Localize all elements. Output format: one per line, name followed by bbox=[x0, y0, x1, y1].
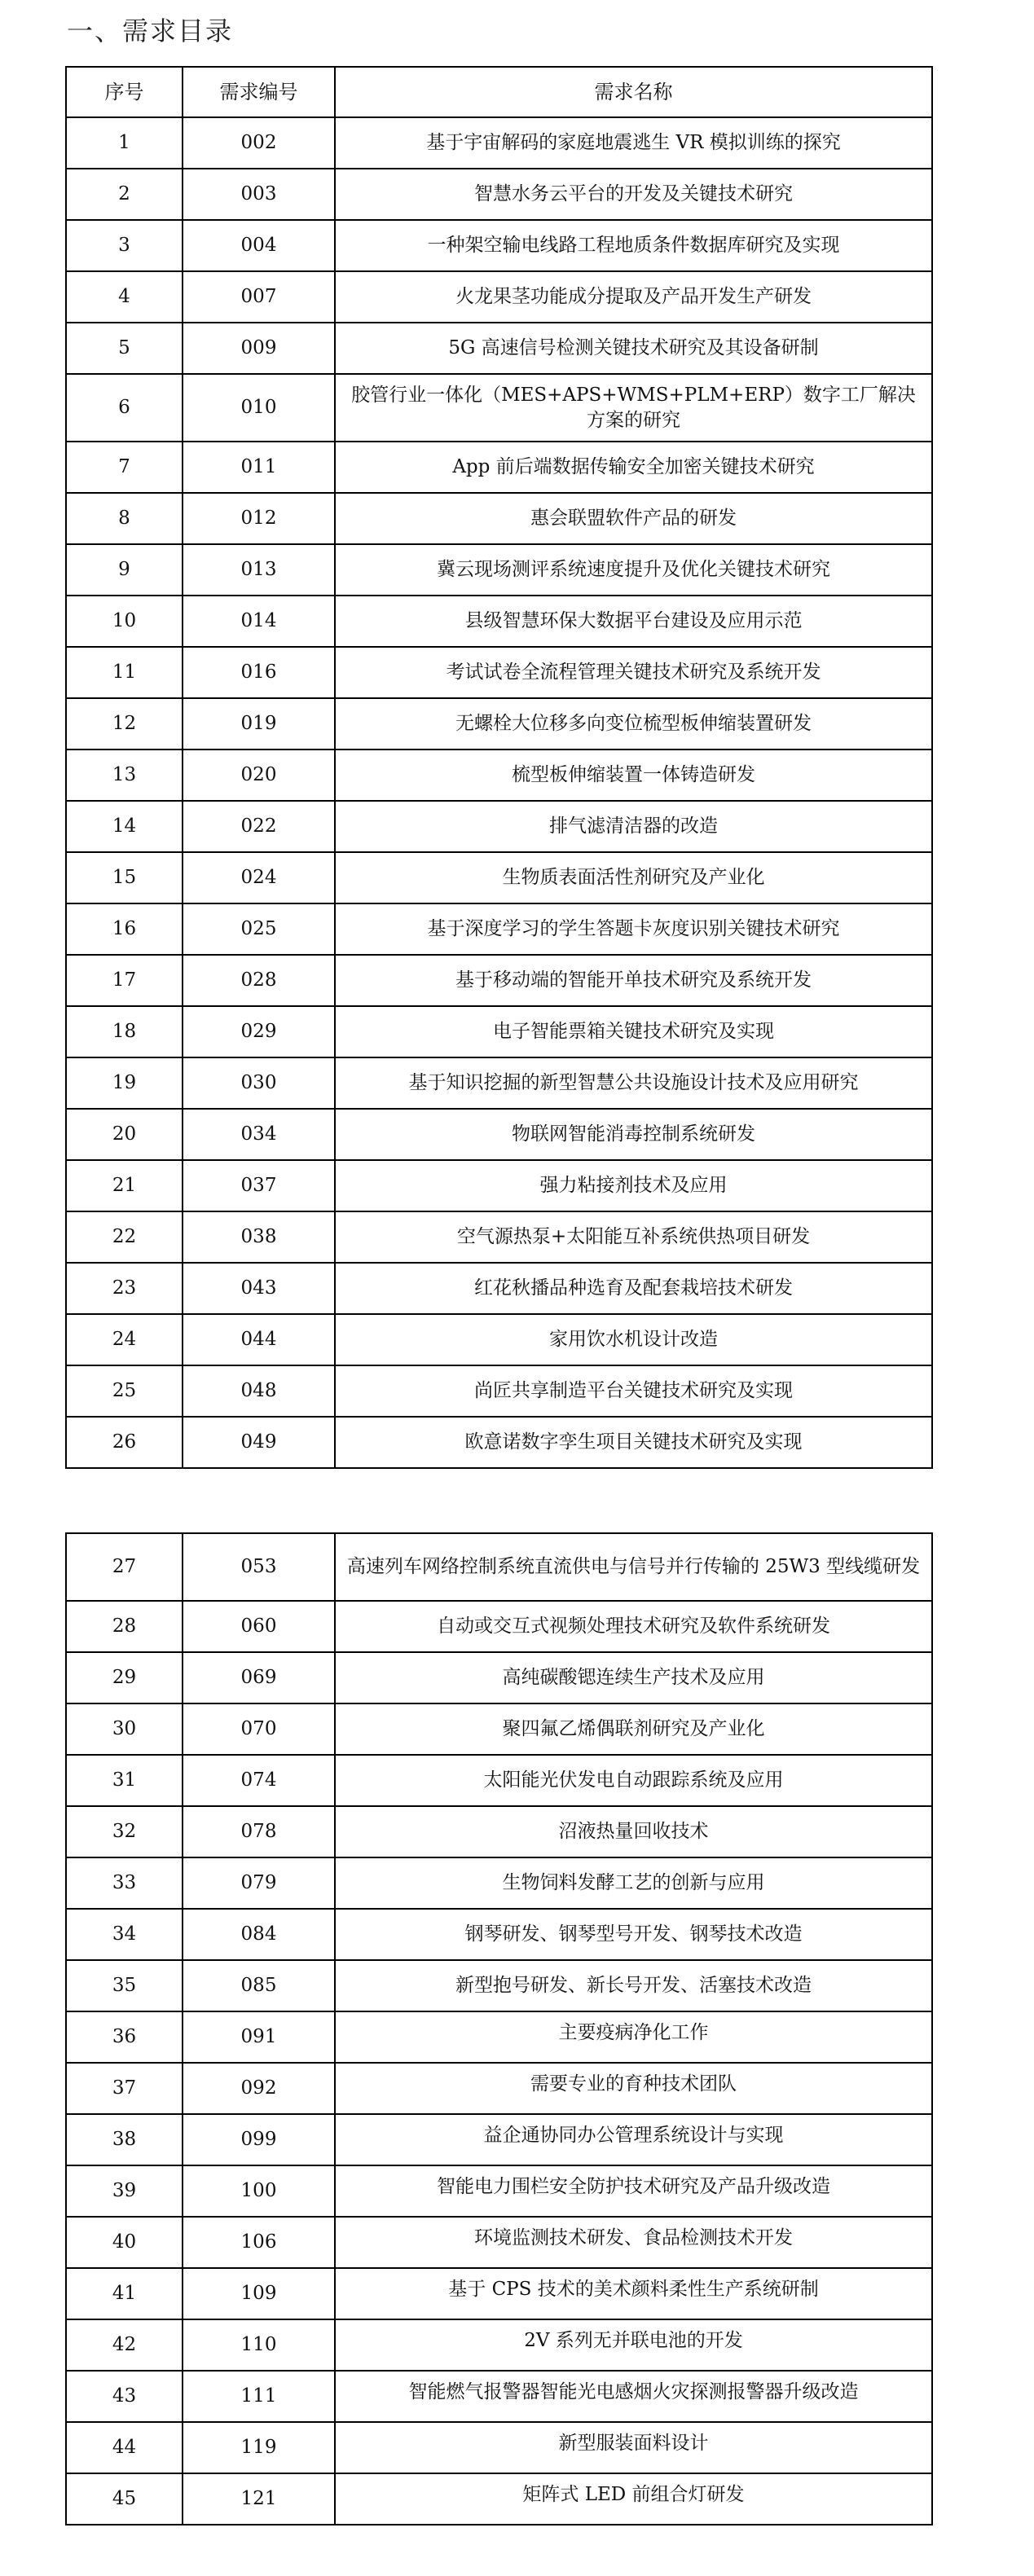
cell-seq: 19 bbox=[66, 1057, 183, 1109]
cell-name: 智能电力围栏安全防护技术研究及产品升级改造 bbox=[335, 2165, 932, 2217]
cell-code: 084 bbox=[183, 1909, 335, 1960]
cell-name: 生物饲料发酵工艺的创新与应用 bbox=[335, 1857, 932, 1909]
table-row: 3004一种架空输电线路工程地质条件数据库研究及实现 bbox=[66, 220, 932, 271]
cell-seq: 16 bbox=[66, 903, 183, 955]
cell-code: 074 bbox=[183, 1755, 335, 1806]
cell-name: 一种架空输电线路工程地质条件数据库研究及实现 bbox=[335, 220, 932, 271]
cell-code: 109 bbox=[183, 2268, 335, 2319]
cell-name: 欧意诺数字孪生项目关键技术研究及实现 bbox=[335, 1417, 932, 1468]
table-row: 40106环境监测技术研发、食品检测技术开发 bbox=[66, 2217, 932, 2268]
cell-seq: 10 bbox=[66, 596, 183, 647]
cell-seq: 30 bbox=[66, 1703, 183, 1755]
cell-name: 新型服装面料设计 bbox=[335, 2422, 932, 2473]
cell-name: 需要专业的育种技术团队 bbox=[335, 2063, 932, 2114]
table-row: 29069高纯碳酸锶连续生产技术及应用 bbox=[66, 1652, 932, 1703]
cell-seq: 35 bbox=[66, 1960, 183, 2011]
cell-code: 025 bbox=[183, 903, 335, 955]
cell-code: 091 bbox=[183, 2011, 335, 2063]
cell-code: 030 bbox=[183, 1057, 335, 1109]
table-row: 7011App 前后端数据传输安全加密关键技术研究 bbox=[66, 442, 932, 493]
cell-seq: 25 bbox=[66, 1365, 183, 1417]
cell-code: 019 bbox=[183, 698, 335, 750]
table-row: 33079生物饲料发酵工艺的创新与应用 bbox=[66, 1857, 932, 1909]
table-row: 9013冀云现场测评系统速度提升及优化关键技术研究 bbox=[66, 544, 932, 596]
cell-name: 主要疫病净化工作 bbox=[335, 2011, 932, 2063]
cell-code: 119 bbox=[183, 2422, 335, 2473]
cell-name: 强力粘接剂技术及应用 bbox=[335, 1160, 932, 1211]
table-row: 10014县级智慧环保大数据平台建设及应用示范 bbox=[66, 596, 932, 647]
cell-seq: 8 bbox=[66, 493, 183, 544]
cell-seq: 5 bbox=[66, 323, 183, 374]
cell-seq: 7 bbox=[66, 442, 183, 493]
cell-seq: 15 bbox=[66, 852, 183, 903]
cell-code: 028 bbox=[183, 955, 335, 1006]
cell-code: 003 bbox=[183, 169, 335, 220]
table-row: 36091主要疫病净化工作 bbox=[66, 2011, 932, 2063]
table-row: 18029电子智能票箱关键技术研究及实现 bbox=[66, 1006, 932, 1057]
cell-name: 基于移动端的智能开单技术研究及系统开发 bbox=[335, 955, 932, 1006]
cell-name: 智能燃气报警器智能光电感烟火灾探测报警器升级改造 bbox=[335, 2371, 932, 2422]
cell-seq: 6 bbox=[66, 374, 183, 442]
cell-name: 环境监测技术研发、食品检测技术开发 bbox=[335, 2217, 932, 2268]
table-row: 20034物联网智能消毒控制系统研发 bbox=[66, 1109, 932, 1160]
cell-seq: 26 bbox=[66, 1417, 183, 1468]
cell-seq: 38 bbox=[66, 2114, 183, 2165]
cell-code: 111 bbox=[183, 2371, 335, 2422]
cell-seq: 43 bbox=[66, 2371, 183, 2422]
header-code: 需求编号 bbox=[183, 67, 335, 117]
cell-seq: 27 bbox=[66, 1533, 183, 1601]
cell-seq: 44 bbox=[66, 2422, 183, 2473]
cell-code: 038 bbox=[183, 1211, 335, 1263]
cell-name: 空气源热泵+太阳能互补系统供热项目研发 bbox=[335, 1211, 932, 1263]
cell-seq: 45 bbox=[66, 2473, 183, 2525]
cell-code: 034 bbox=[183, 1109, 335, 1160]
table-row: 2003智慧水务云平台的开发及关键技术研究 bbox=[66, 169, 932, 220]
cell-name: 自动或交互式视频处理技术研究及软件系统研发 bbox=[335, 1601, 932, 1652]
cell-seq: 12 bbox=[66, 698, 183, 750]
cell-name: 县级智慧环保大数据平台建设及应用示范 bbox=[335, 596, 932, 647]
cell-seq: 28 bbox=[66, 1601, 183, 1652]
cell-seq: 20 bbox=[66, 1109, 183, 1160]
cell-seq: 40 bbox=[66, 2217, 183, 2268]
section-title: 一、需求目录 bbox=[67, 11, 233, 51]
cell-code: 092 bbox=[183, 2063, 335, 2114]
table-row: 13020梳型板伸缩装置一体铸造研发 bbox=[66, 750, 932, 801]
table-row: 39100智能电力围栏安全防护技术研究及产品升级改造 bbox=[66, 2165, 932, 2217]
cell-name: 聚四氟乙烯偶联剂研究及产业化 bbox=[335, 1703, 932, 1755]
cell-name: 高纯碳酸锶连续生产技术及应用 bbox=[335, 1652, 932, 1703]
cell-code: 010 bbox=[183, 374, 335, 442]
cell-code: 004 bbox=[183, 220, 335, 271]
cell-name: 基于知识挖掘的新型智慧公共设施设计技术及应用研究 bbox=[335, 1057, 932, 1109]
table-row: 37092需要专业的育种技术团队 bbox=[66, 2063, 932, 2114]
table-row: 45121矩阵式 LED 前组合灯研发 bbox=[66, 2473, 932, 2525]
requirements-table-part-2: 27053高速列车网络控制系统直流供电与信号并行传输的 25W3 型线缆研发28… bbox=[65, 1532, 933, 2525]
cell-name: 考试试卷全流程管理关键技术研究及系统开发 bbox=[335, 647, 932, 698]
cell-seq: 1 bbox=[66, 117, 183, 169]
cell-code: 048 bbox=[183, 1365, 335, 1417]
table-row: 35085新型抱号研发、新长号开发、活塞技术改造 bbox=[66, 1960, 932, 2011]
cell-name: 高速列车网络控制系统直流供电与信号并行传输的 25W3 型线缆研发 bbox=[335, 1533, 932, 1601]
cell-code: 009 bbox=[183, 323, 335, 374]
cell-seq: 22 bbox=[66, 1211, 183, 1263]
cell-name: 沼液热量回收技术 bbox=[335, 1806, 932, 1857]
cell-code: 060 bbox=[183, 1601, 335, 1652]
cell-code: 121 bbox=[183, 2473, 335, 2525]
cell-code: 110 bbox=[183, 2319, 335, 2371]
cell-code: 007 bbox=[183, 271, 335, 323]
table-row: 30070聚四氟乙烯偶联剂研究及产业化 bbox=[66, 1703, 932, 1755]
cell-code: 024 bbox=[183, 852, 335, 903]
cell-name: 物联网智能消毒控制系统研发 bbox=[335, 1109, 932, 1160]
cell-code: 029 bbox=[183, 1006, 335, 1057]
cell-seq: 39 bbox=[66, 2165, 183, 2217]
cell-code: 011 bbox=[183, 442, 335, 493]
cell-name: 智慧水务云平台的开发及关键技术研究 bbox=[335, 169, 932, 220]
requirements-table-part-1: 序号 需求编号 需求名称 1002基于宇宙解码的家庭地震逃生 VR 模拟训练的探… bbox=[65, 66, 933, 1469]
table-row: 32078沼液热量回收技术 bbox=[66, 1806, 932, 1857]
cell-name: 火龙果茎功能成分提取及产品开发生产研发 bbox=[335, 271, 932, 323]
table-row: 21037强力粘接剂技术及应用 bbox=[66, 1160, 932, 1211]
cell-seq: 34 bbox=[66, 1909, 183, 1960]
cell-name: 胶管行业一体化（MES+APS+WMS+PLM+ERP）数字工厂解决方案的研究 bbox=[335, 374, 932, 442]
table-body-part-2: 27053高速列车网络控制系统直流供电与信号并行传输的 25W3 型线缆研发28… bbox=[66, 1533, 932, 2525]
cell-seq: 11 bbox=[66, 647, 183, 698]
cell-code: 037 bbox=[183, 1160, 335, 1211]
table-row: 25048尚匠共享制造平台关键技术研究及实现 bbox=[66, 1365, 932, 1417]
cell-seq: 18 bbox=[66, 1006, 183, 1057]
cell-seq: 29 bbox=[66, 1652, 183, 1703]
cell-seq: 4 bbox=[66, 271, 183, 323]
table-header-row: 序号 需求编号 需求名称 bbox=[66, 67, 932, 117]
header-name: 需求名称 bbox=[335, 67, 932, 117]
table-row: 24044家用饮水机设计改造 bbox=[66, 1314, 932, 1365]
cell-seq: 13 bbox=[66, 750, 183, 801]
cell-code: 002 bbox=[183, 117, 335, 169]
cell-seq: 42 bbox=[66, 2319, 183, 2371]
cell-code: 069 bbox=[183, 1652, 335, 1703]
cell-code: 044 bbox=[183, 1314, 335, 1365]
cell-code: 053 bbox=[183, 1533, 335, 1601]
cell-code: 020 bbox=[183, 750, 335, 801]
table-body-part-1: 1002基于宇宙解码的家庭地震逃生 VR 模拟训练的探究2003智慧水务云平台的… bbox=[66, 117, 932, 1468]
table-row: 26049欧意诺数字孪生项目关键技术研究及实现 bbox=[66, 1417, 932, 1468]
cell-code: 043 bbox=[183, 1263, 335, 1314]
cell-name: 新型抱号研发、新长号开发、活塞技术改造 bbox=[335, 1960, 932, 2011]
cell-name: 2V 系列无并联电池的开发 bbox=[335, 2319, 932, 2371]
table-row: 14022排气滤清洁器的改造 bbox=[66, 801, 932, 852]
cell-name: 排气滤清洁器的改造 bbox=[335, 801, 932, 852]
cell-name: 钢琴研发、钢琴型号开发、钢琴技术改造 bbox=[335, 1909, 932, 1960]
cell-seq: 2 bbox=[66, 169, 183, 220]
table-row: 421102V 系列无并联电池的开发 bbox=[66, 2319, 932, 2371]
cell-name: 益企通协同办公管理系统设计与实现 bbox=[335, 2114, 932, 2165]
cell-code: 099 bbox=[183, 2114, 335, 2165]
table-row: 27053高速列车网络控制系统直流供电与信号并行传输的 25W3 型线缆研发 bbox=[66, 1533, 932, 1601]
table-row: 28060自动或交互式视频处理技术研究及软件系统研发 bbox=[66, 1601, 932, 1652]
cell-code: 100 bbox=[183, 2165, 335, 2217]
table-row: 38099益企通协同办公管理系统设计与实现 bbox=[66, 2114, 932, 2165]
cell-code: 078 bbox=[183, 1806, 335, 1857]
cell-code: 049 bbox=[183, 1417, 335, 1468]
cell-seq: 23 bbox=[66, 1263, 183, 1314]
cell-seq: 9 bbox=[66, 544, 183, 596]
cell-seq: 36 bbox=[66, 2011, 183, 2063]
cell-code: 079 bbox=[183, 1857, 335, 1909]
cell-seq: 31 bbox=[66, 1755, 183, 1806]
cell-code: 013 bbox=[183, 544, 335, 596]
cell-name: 基于宇宙解码的家庭地震逃生 VR 模拟训练的探究 bbox=[335, 117, 932, 169]
table-row: 17028基于移动端的智能开单技术研究及系统开发 bbox=[66, 955, 932, 1006]
table-row: 16025基于深度学习的学生答题卡灰度识别关键技术研究 bbox=[66, 903, 932, 955]
table-row: 41109基于 CPS 技术的美术颜料柔性生产系统研制 bbox=[66, 2268, 932, 2319]
cell-seq: 21 bbox=[66, 1160, 183, 1211]
cell-name: 5G 高速信号检测关键技术研究及其设备研制 bbox=[335, 323, 932, 374]
table-row: 15024生物质表面活性剂研究及产业化 bbox=[66, 852, 932, 903]
table-row: 4007火龙果茎功能成分提取及产品开发生产研发 bbox=[66, 271, 932, 323]
cell-name: 惠会联盟软件产品的研发 bbox=[335, 493, 932, 544]
cell-seq: 33 bbox=[66, 1857, 183, 1909]
table-row: 8012惠会联盟软件产品的研发 bbox=[66, 493, 932, 544]
table-row: 23043红花秋播品种选育及配套栽培技术研发 bbox=[66, 1263, 932, 1314]
table-row: 1002基于宇宙解码的家庭地震逃生 VR 模拟训练的探究 bbox=[66, 117, 932, 169]
cell-code: 085 bbox=[183, 1960, 335, 2011]
cell-code: 106 bbox=[183, 2217, 335, 2268]
table-row: 19030基于知识挖掘的新型智慧公共设施设计技术及应用研究 bbox=[66, 1057, 932, 1109]
cell-name: 尚匠共享制造平台关键技术研究及实现 bbox=[335, 1365, 932, 1417]
cell-name: 无螺栓大位移多向变位梳型板伸缩装置研发 bbox=[335, 698, 932, 750]
cell-name: 基于 CPS 技术的美术颜料柔性生产系统研制 bbox=[335, 2268, 932, 2319]
cell-name: 太阳能光伏发电自动跟踪系统及应用 bbox=[335, 1755, 932, 1806]
cell-seq: 24 bbox=[66, 1314, 183, 1365]
cell-seq: 41 bbox=[66, 2268, 183, 2319]
cell-code: 014 bbox=[183, 596, 335, 647]
table-row: 44119新型服装面料设计 bbox=[66, 2422, 932, 2473]
cell-name: 基于深度学习的学生答题卡灰度识别关键技术研究 bbox=[335, 903, 932, 955]
table-row: 43111智能燃气报警器智能光电感烟火灾探测报警器升级改造 bbox=[66, 2371, 932, 2422]
cell-name: 矩阵式 LED 前组合灯研发 bbox=[335, 2473, 932, 2525]
table-row: 12019无螺栓大位移多向变位梳型板伸缩装置研发 bbox=[66, 698, 932, 750]
table-row: 11016考试试卷全流程管理关键技术研究及系统开发 bbox=[66, 647, 932, 698]
table-row: 50095G 高速信号检测关键技术研究及其设备研制 bbox=[66, 323, 932, 374]
cell-seq: 17 bbox=[66, 955, 183, 1006]
cell-seq: 32 bbox=[66, 1806, 183, 1857]
cell-name: 冀云现场测评系统速度提升及优化关键技术研究 bbox=[335, 544, 932, 596]
cell-seq: 37 bbox=[66, 2063, 183, 2114]
cell-code: 016 bbox=[183, 647, 335, 698]
cell-seq: 3 bbox=[66, 220, 183, 271]
cell-name: 梳型板伸缩装置一体铸造研发 bbox=[335, 750, 932, 801]
cell-name: 红花秋播品种选育及配套栽培技术研发 bbox=[335, 1263, 932, 1314]
cell-code: 022 bbox=[183, 801, 335, 852]
cell-name: 生物质表面活性剂研究及产业化 bbox=[335, 852, 932, 903]
header-seq: 序号 bbox=[66, 67, 183, 117]
cell-name: 电子智能票箱关键技术研究及实现 bbox=[335, 1006, 932, 1057]
cell-code: 070 bbox=[183, 1703, 335, 1755]
table-row: 6010胶管行业一体化（MES+APS+WMS+PLM+ERP）数字工厂解决方案… bbox=[66, 374, 932, 442]
table-row: 34084钢琴研发、钢琴型号开发、钢琴技术改造 bbox=[66, 1909, 932, 1960]
cell-seq: 14 bbox=[66, 801, 183, 852]
cell-name: App 前后端数据传输安全加密关键技术研究 bbox=[335, 442, 932, 493]
cell-code: 012 bbox=[183, 493, 335, 544]
table-row: 31074太阳能光伏发电自动跟踪系统及应用 bbox=[66, 1755, 932, 1806]
cell-name: 家用饮水机设计改造 bbox=[335, 1314, 932, 1365]
table-row: 22038空气源热泵+太阳能互补系统供热项目研发 bbox=[66, 1211, 932, 1263]
